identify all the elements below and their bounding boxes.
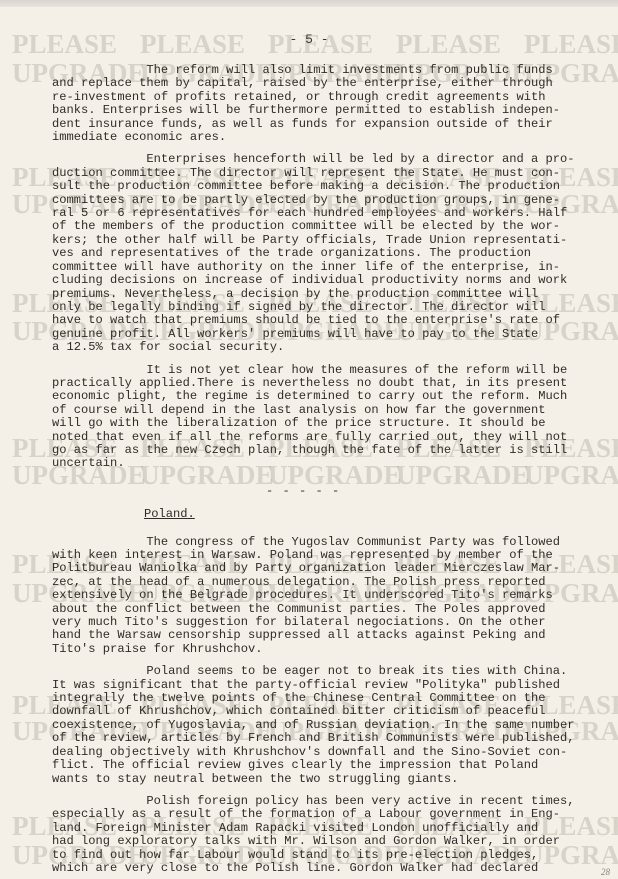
paragraph-foreign-policy: Polish foreign policy has been very acti… (52, 795, 592, 875)
paragraph-production-committee: Enterprises henceforth will be led by a … (52, 153, 592, 354)
section-separator: - - - - - (52, 485, 592, 498)
section-heading-poland: Poland. (144, 508, 592, 521)
paragraph-china-ties: Poland seems to be eager not to break it… (52, 665, 592, 786)
page-number: - 5 - (0, 32, 618, 47)
paragraph-reform-outlook: It is not yet clear how the measures of … (52, 364, 592, 471)
scan-top-edge (0, 0, 618, 7)
handwritten-page-mark: 28 (601, 867, 610, 877)
paragraph-investments: The reform will also limit investments f… (52, 64, 592, 144)
document-body: The reform will also limit investments f… (52, 64, 592, 879)
paragraph-yugoslav-congress: The congress of the Yugoslav Communist P… (52, 536, 592, 657)
